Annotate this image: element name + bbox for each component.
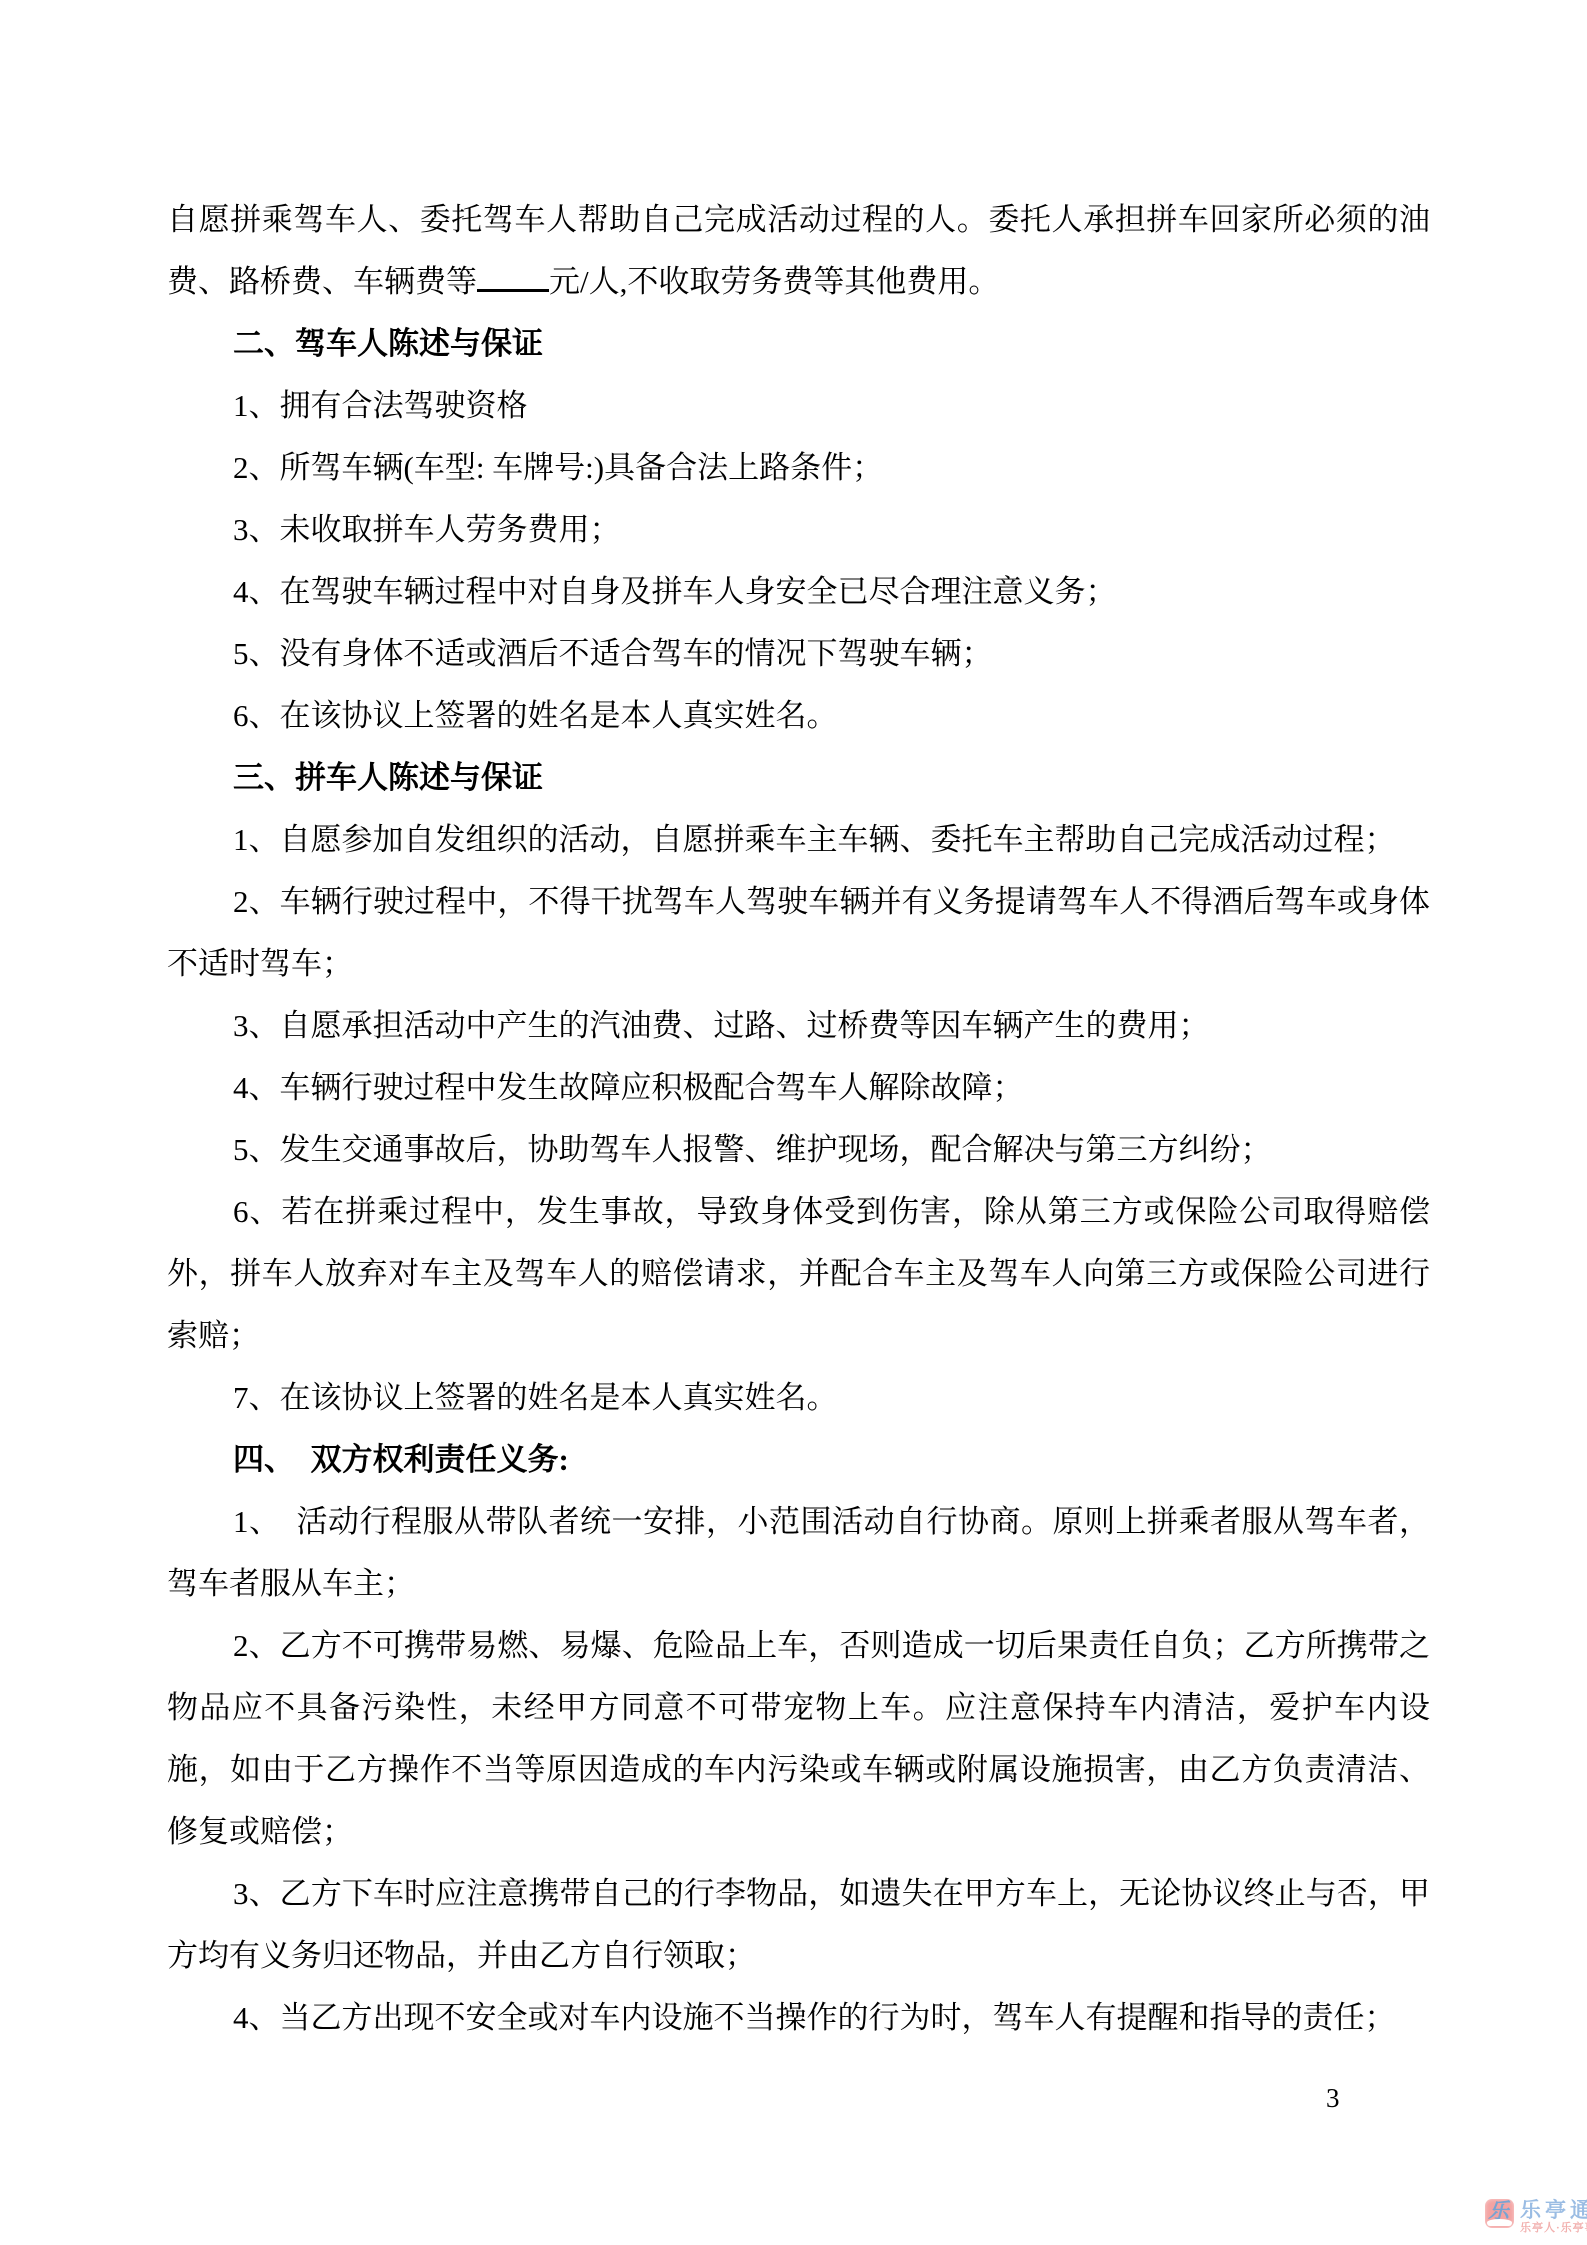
contract-item: 2、乙方不可携带易燃、易爆、危险品上车，否则造成一切后果责任自负；乙方所携带之物… bbox=[167, 1615, 1430, 1863]
contract-item: 4、当乙方出现不安全或对车内设施不当操作的行为时，驾车人有提醒和指导的责任； bbox=[167, 1987, 1430, 2049]
document-page: 自愿拼乘驾车人、委托驾车人帮助自己完成活动过程的人。委托人承担拼车回家所必须的油… bbox=[0, 0, 1587, 2245]
contract-item: 1、自愿参加自发组织的活动，自愿拼乘车主车辆、委托车主帮助自己完成活动过程； bbox=[167, 809, 1430, 871]
contract-item: 7、在该协议上签署的姓名是本人真实姓名。 bbox=[167, 1367, 1430, 1429]
contract-body: 自愿拼乘驾车人、委托驾车人帮助自己完成活动过程的人。委托人承担拼车回家所必须的油… bbox=[167, 189, 1430, 2049]
contract-item: 2、所驾车辆(车型: 车牌号:)具备合法上路条件； bbox=[167, 437, 1430, 499]
contract-item: 5、发生交通事故后，协助驾车人报警、维护现场，配合解决与第三方纠纷； bbox=[167, 1119, 1430, 1181]
contract-item: 5、没有身体不适或酒后不适合驾车的情况下驾驶车辆； bbox=[167, 623, 1430, 685]
contract-item: 4、车辆行驶过程中发生故障应积极配合驾车人解除故障； bbox=[167, 1057, 1430, 1119]
watermark-title: 乐亭通 bbox=[1520, 2199, 1587, 2221]
contract-item: 6、在该协议上签署的姓名是本人真实姓名。 bbox=[167, 685, 1430, 747]
contract-item: 1、 活动行程服从带队者统一安排，小范围活动自行协商。原则上拼乘者服从驾车者，驾… bbox=[167, 1491, 1430, 1615]
contract-item: 4、在驾驶车辆过程中对自身及拼车人身安全已尽合理注意义务； bbox=[167, 561, 1430, 623]
section-heading-duties: 四、 双方权利责任义务: bbox=[167, 1429, 1430, 1491]
section-heading-carpooler: 三、拼车人陈述与保证 bbox=[167, 747, 1430, 809]
logo-band bbox=[1487, 2219, 1512, 2226]
watermark-subtitle: 乐亭人·乐亭事 bbox=[1520, 2222, 1587, 2234]
fee-clause-text-after: 元/人,不收取劳务费等其他费用。 bbox=[549, 264, 999, 299]
fill-in-blank bbox=[477, 263, 549, 292]
contract-item: 6、若在拼乘过程中，发生事故，导致身体受到伤害，除从第三方或保险公司取得赔偿外，… bbox=[167, 1181, 1430, 1367]
watermark-text: 乐亭通 乐亭人·乐亭事 bbox=[1520, 2199, 1587, 2234]
letingtong-logo-icon: 乐 bbox=[1485, 2199, 1514, 2228]
contract-item: 1、拥有合法驾驶资格 bbox=[167, 375, 1430, 437]
page-number: 3 bbox=[1326, 2078, 1340, 2118]
letingtong-watermark: 乐 乐亭通 乐亭人·乐亭事 bbox=[1485, 2199, 1587, 2234]
contract-item: 3、自愿承担活动中产生的汽油费、过路、过桥费等因车辆产生的费用； bbox=[167, 995, 1430, 1057]
contract-item: 3、乙方下车时应注意携带自己的行李物品，如遗失在甲方车上，无论协议终止与否，甲方… bbox=[167, 1863, 1430, 1987]
contract-item: 2、车辆行驶过程中，不得干扰驾车人驾驶车辆并有义务提请驾车人不得酒后驾车或身体不… bbox=[167, 871, 1430, 995]
contract-item: 3、未收取拼车人劳务费用； bbox=[167, 499, 1430, 561]
paragraph-fee-clause: 自愿拼乘驾车人、委托驾车人帮助自己完成活动过程的人。委托人承担拼车回家所必须的油… bbox=[167, 189, 1430, 313]
section-heading-driver: 二、驾车人陈述与保证 bbox=[167, 313, 1430, 375]
